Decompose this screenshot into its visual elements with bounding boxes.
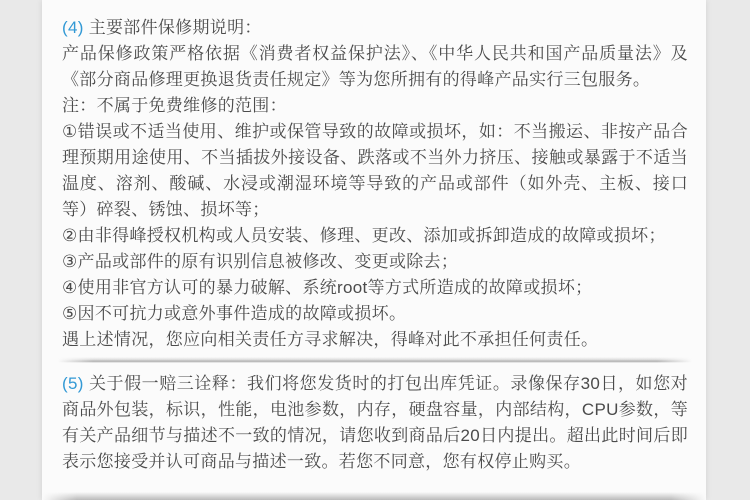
compensation-text: 关于假一赔三诠释：我们将您发货时的打包出库凭证。录像保存30日，如您对商品外包装… bbox=[62, 374, 688, 471]
compensation-section: (5)关于假一赔三诠释：我们将您发货时的打包出库凭证。录像保存30日，如您对商品… bbox=[62, 371, 688, 475]
section-divider bbox=[58, 357, 692, 363]
warranty-exclusion-item: ⑤因不可抗力或意外事件造成的故障或损坏。 bbox=[62, 301, 688, 327]
warranty-heading: (4)主要部件保修期说明： bbox=[62, 15, 688, 41]
warranty-section-number: (4) bbox=[62, 18, 84, 37]
warranty-closing: 遇上述情况，您应向相关责任方寻求解决，得峰对此不承担任何责任。 bbox=[62, 327, 688, 353]
warranty-exclusion-item: ①错误或不适当使用、维护或保管导致的故障或损坏，如：不当搬运、非按产品合理预期用… bbox=[62, 119, 688, 223]
compensation-section-number: (5) bbox=[62, 374, 84, 393]
warranty-exclusion-item: ③产品或部件的原有识别信息被修改、变更或除去； bbox=[62, 249, 688, 275]
page-background: (4)主要部件保修期说明： 产品保修政策严格依据《消费者权益保护法》、《中华人民… bbox=[0, 0, 750, 500]
warranty-exclusion-item: ④使用非官方认可的暴力破解、系统root等方式所造成的故障或损坏； bbox=[62, 275, 688, 301]
warranty-note-heading: 注：不属于免费维修的范围： bbox=[62, 93, 688, 119]
warranty-exclusion-item: ②由非得峰授权机构或人员安装、修理、更改、添加或拆卸造成的故障或损坏； bbox=[62, 223, 688, 249]
bottom-divider bbox=[42, 492, 706, 500]
warranty-intro: 产品保修政策严格依据《消费者权益保护法》、《中华人民共和国产品质量法》及《部分商… bbox=[62, 41, 688, 93]
policy-card: (4)主要部件保修期说明： 产品保修政策严格依据《消费者权益保护法》、《中华人民… bbox=[42, 0, 706, 500]
warranty-heading-text: 主要部件保修期说明： bbox=[89, 18, 262, 37]
warranty-section: (4)主要部件保修期说明： 产品保修政策严格依据《消费者权益保护法》、《中华人民… bbox=[62, 15, 688, 353]
compensation-paragraph: (5)关于假一赔三诠释：我们将您发货时的打包出库凭证。录像保存30日，如您对商品… bbox=[62, 371, 688, 475]
